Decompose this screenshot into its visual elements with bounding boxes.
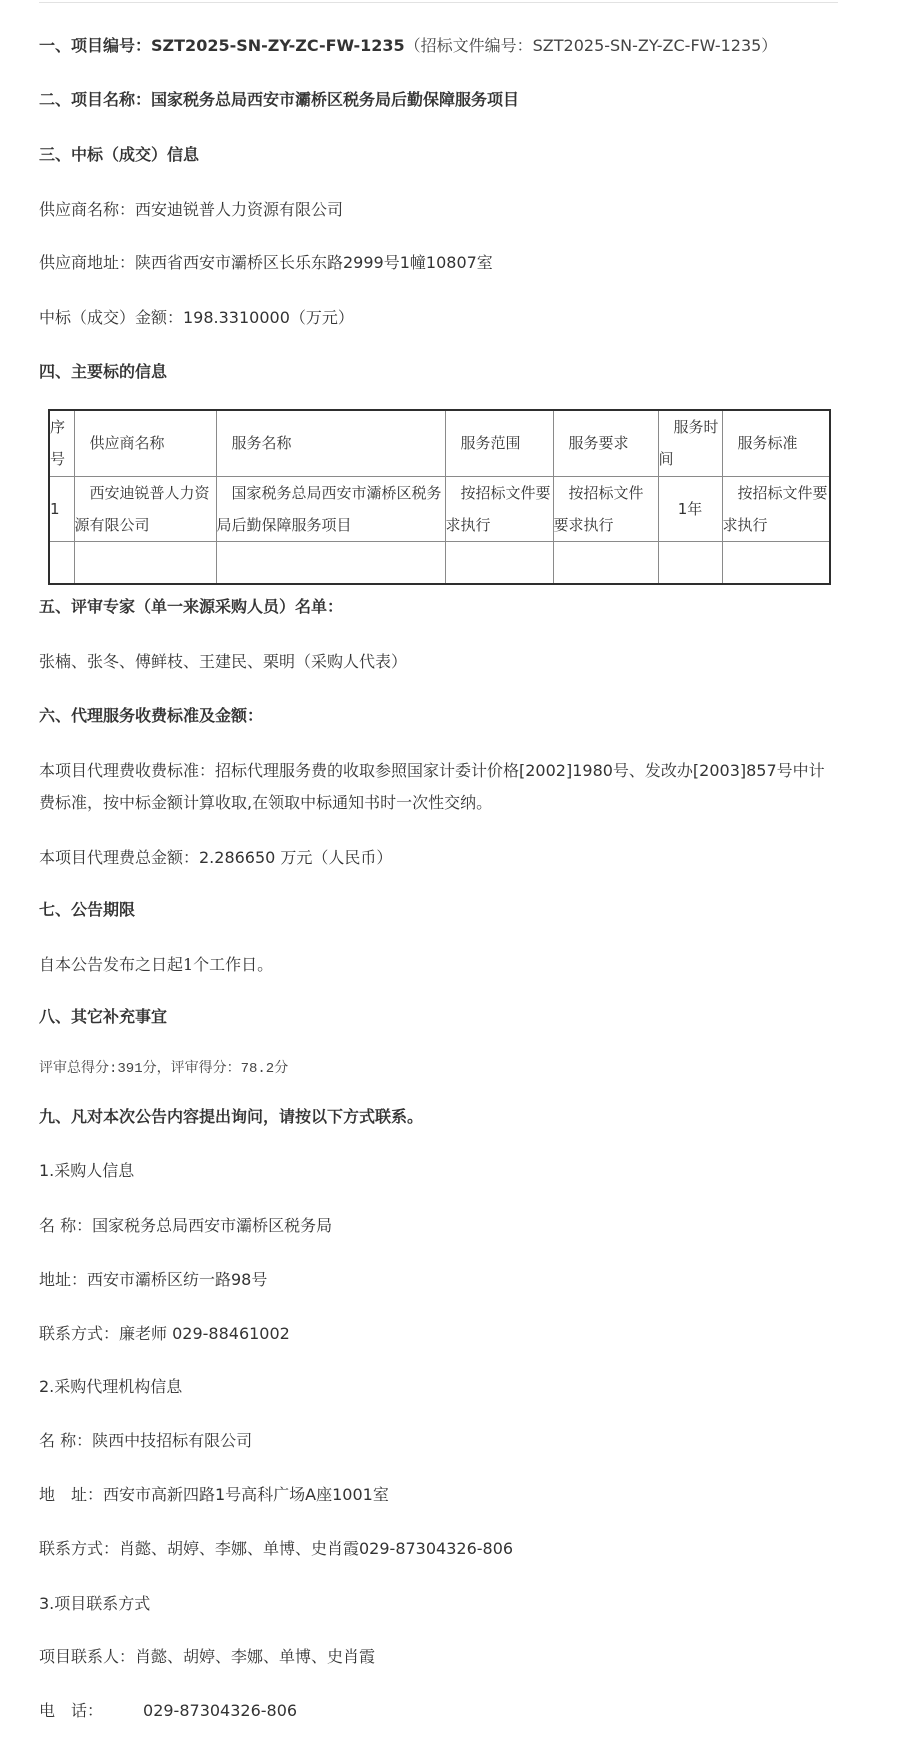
table-row-empty bbox=[49, 541, 830, 584]
expert-list: 张楠、张冬、傅鲜枝、王建民、栗明（采购人代表） bbox=[39, 651, 407, 673]
announcement-period: 自本公告发布之日起1个工作日。 bbox=[39, 954, 273, 976]
top-divider bbox=[39, 2, 838, 3]
supplier-name: 供应商名称：西安迪锐普人力资源有限公司 bbox=[39, 199, 343, 221]
supplier-address: 供应商地址：陕西省西安市灞桥区长乐东路2999号1幢10807室 bbox=[39, 252, 493, 274]
project-number: SZT2025-SN-ZY-ZC-FW-1235 bbox=[151, 36, 405, 55]
header-seq: 序号 bbox=[49, 410, 74, 476]
section-2-label: 二、项目名称： bbox=[39, 90, 151, 109]
cell-seq: 1 bbox=[49, 476, 74, 541]
section-9-heading: 九、凡对本次公告内容提出询问，请按以下方式联系。 bbox=[39, 1106, 423, 1128]
phone-label: 电 话： bbox=[39, 1701, 103, 1720]
review-scores: 评审总得分:391分，评审得分：78.2分 bbox=[39, 1058, 288, 1080]
purchaser-title: 1.采购人信息 bbox=[39, 1160, 134, 1182]
section-1-label: 一、项目编号： bbox=[39, 36, 151, 55]
section-4-heading: 四、主要标的信息 bbox=[39, 361, 167, 383]
fee-standard: 本项目代理费收费标准：招标代理服务费的收取参照国家计委计价格[2002]1980… bbox=[39, 755, 839, 819]
cell-service-standard: 按招标文件要求执行 bbox=[722, 476, 830, 541]
cell-service-name: 国家税务总局西安市灞桥区税务局后勤保障服务项目 bbox=[216, 476, 445, 541]
section-8-heading: 八、其它补充事宜 bbox=[39, 1006, 167, 1028]
fee-total: 本项目代理费总金额：2.286650 万元（人民币） bbox=[39, 847, 392, 869]
header-supplier: 供应商名称 bbox=[74, 410, 216, 476]
project-name-line: 二、项目名称：国家税务总局西安市灞桥区税务局后勤保障服务项目 bbox=[39, 89, 519, 111]
agency-name: 名 称：陕西中技招标有限公司 bbox=[39, 1430, 252, 1452]
cell-empty bbox=[74, 541, 216, 584]
agency-contact: 联系方式：肖懿、胡婷、李娜、单博、史肖霞029-87304326-806 bbox=[39, 1538, 513, 1560]
cell-service-requirement: 按招标文件要求执行 bbox=[553, 476, 658, 541]
table-header-row: 序号 供应商名称 服务名称 服务范围 服务要求 服务时间 服务标准 bbox=[49, 410, 830, 476]
project-number-line: 一、项目编号：SZT2025-SN-ZY-ZC-FW-1235（招标文件编号：S… bbox=[39, 35, 777, 57]
table-row: 1 西安迪锐普人力资源有限公司 国家税务总局西安市灞桥区税务局后勤保障服务项目 … bbox=[49, 476, 830, 541]
phone-number: 029-87304326-806 bbox=[143, 1701, 297, 1720]
agency-title: 2.采购代理机构信息 bbox=[39, 1376, 182, 1398]
cell-supplier: 西安迪锐普人力资源有限公司 bbox=[74, 476, 216, 541]
header-service-requirement: 服务要求 bbox=[553, 410, 658, 476]
purchaser-name: 名 称：国家税务总局西安市灞桥区税务局 bbox=[39, 1215, 332, 1237]
cell-service-time: 1年 bbox=[658, 476, 722, 541]
cell-empty bbox=[658, 541, 722, 584]
header-service-name: 服务名称 bbox=[216, 410, 445, 476]
project-contact-phone-line: 电 话：029-87304326-806 bbox=[39, 1700, 297, 1722]
section-3-heading: 三、中标（成交）信息 bbox=[39, 144, 199, 166]
project-contact-persons: 项目联系人：肖懿、胡婷、李娜、单博、史肖霞 bbox=[39, 1646, 375, 1668]
project-name: 国家税务总局西安市灞桥区税务局后勤保障服务项目 bbox=[151, 90, 519, 109]
cell-empty bbox=[49, 541, 74, 584]
agency-address: 地 址：西安市高新四路1号高科广场A座1001室 bbox=[39, 1484, 389, 1506]
cell-service-scope: 按招标文件要求执行 bbox=[445, 476, 553, 541]
section-7-heading: 七、公告期限 bbox=[39, 899, 135, 921]
project-contact-title: 3.项目联系方式 bbox=[39, 1593, 150, 1615]
cell-empty bbox=[445, 541, 553, 584]
tender-doc-number: （招标文件编号：SZT2025-SN-ZY-ZC-FW-1235） bbox=[405, 36, 778, 55]
header-service-scope: 服务范围 bbox=[445, 410, 553, 476]
cell-empty bbox=[216, 541, 445, 584]
section-5-heading: 五、评审专家（单一来源采购人员）名单： bbox=[39, 596, 343, 618]
cell-empty bbox=[722, 541, 830, 584]
header-service-time: 服务时间 bbox=[658, 410, 722, 476]
section-6-heading: 六、代理服务收费标准及金额： bbox=[39, 705, 263, 727]
header-service-standard: 服务标准 bbox=[722, 410, 830, 476]
purchaser-address: 地址：西安市灞桥区纺一路98号 bbox=[39, 1269, 267, 1291]
cell-empty bbox=[553, 541, 658, 584]
purchaser-contact: 联系方式：廉老师 029-88461002 bbox=[39, 1323, 290, 1345]
main-subject-table: 序号 供应商名称 服务名称 服务范围 服务要求 服务时间 服务标准 1 西安迪锐… bbox=[48, 409, 831, 585]
award-amount: 中标（成交）金额：198.3310000（万元） bbox=[39, 307, 354, 329]
